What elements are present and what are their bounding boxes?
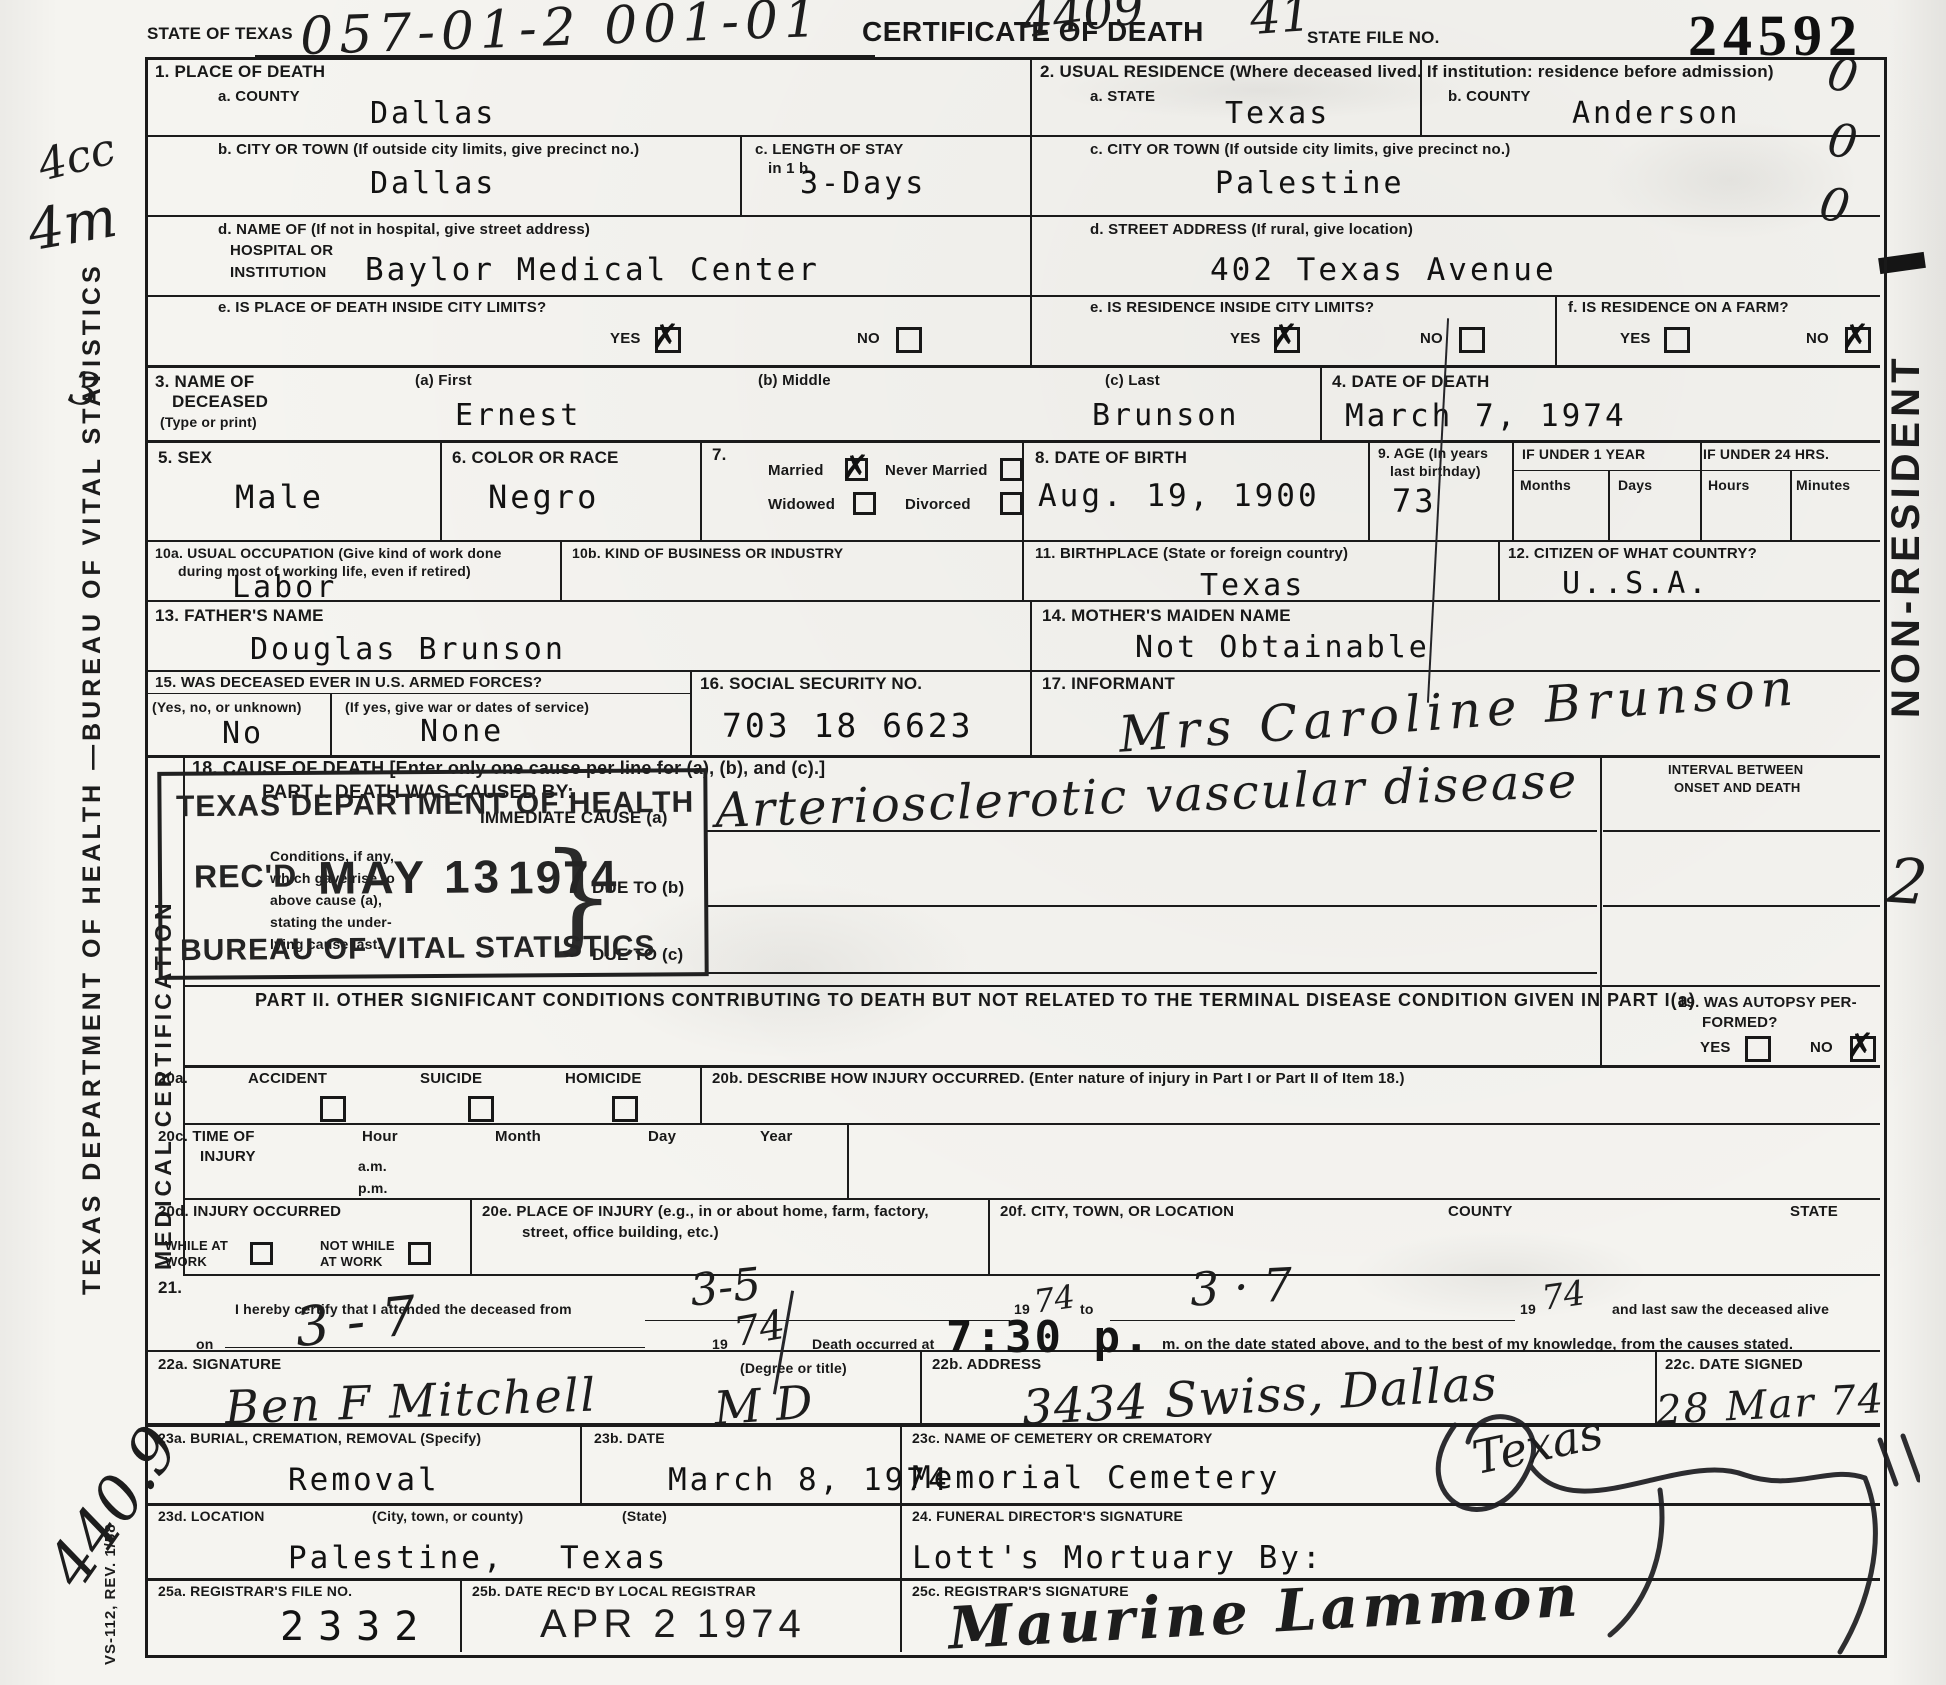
first-name-value: Ernest: [455, 398, 581, 433]
time-of-injury-label2: INJURY: [200, 1148, 256, 1165]
autopsy-no-checkbox: ✗: [1850, 1036, 1876, 1062]
death-limits-no-checkbox: [896, 327, 922, 353]
ssn-value: 703 18 6623: [722, 706, 974, 745]
first-name-label: (a) First: [415, 372, 472, 389]
burial-location-label: 23d. LOCATION: [158, 1508, 265, 1524]
rule: [1608, 470, 1610, 540]
funeral-home-value: Lott's Mortuary By:: [912, 1540, 1324, 1576]
scan-smudge: [1050, 60, 1470, 120]
marital-label: 7.: [712, 445, 727, 465]
death-limits-yes-checkbox: ✗: [655, 327, 681, 353]
state-file-no-label: STATE FILE NO.: [1307, 28, 1440, 48]
age-label2: last birthday): [1390, 463, 1481, 479]
age-value: 73: [1392, 482, 1437, 520]
burial-city-value: Palestine,: [288, 1540, 505, 1576]
rule: [988, 1198, 990, 1274]
interval-label1: INTERVAL BETWEEN: [1668, 762, 1803, 777]
degree-or-title-label: (Degree or title): [740, 1360, 847, 1376]
non-resident-stamp: NON-RESIDENT: [1884, 278, 1929, 719]
place-of-injury-label1: 20e. PLACE OF INJURY (e.g., in or about …: [482, 1203, 929, 1220]
burial-location-sub1: (City, town, or county): [372, 1508, 523, 1524]
under-1-year-label: IF UNDER 1 YEAR: [1522, 446, 1645, 462]
business-label: 10b. KIND OF BUSINESS OR INDUSTRY: [572, 545, 843, 561]
under-24-hrs-label: IF UNDER 24 HRS.: [1703, 446, 1829, 462]
last-saw-date-handwriting: 3 - 7: [292, 1284, 419, 1359]
autopsy-label1: 19. WAS AUTOPSY PER-: [1678, 994, 1857, 1011]
section3-title1: 3. NAME OF: [155, 372, 254, 392]
burial-state-value: Texas: [560, 1540, 668, 1576]
rule: [920, 1350, 922, 1423]
rule: [560, 540, 562, 600]
rule: [900, 1423, 902, 1652]
homicide-checkbox: [612, 1096, 638, 1122]
hospital-label1: d. NAME OF (If not in hospital, give str…: [218, 221, 590, 238]
race-label: 6. COLOR OR RACE: [452, 448, 619, 468]
funeral-director-label: 24. FUNERAL DIRECTOR'S SIGNATURE: [912, 1508, 1183, 1524]
residence-city-value: Palestine: [1215, 166, 1405, 201]
county-label: a. COUNTY: [218, 88, 300, 105]
last-name-label: (c) Last: [1105, 372, 1160, 389]
dob-label: 8. DATE OF BIRTH: [1035, 448, 1187, 468]
hospital-value: Baylor Medical Center: [365, 252, 820, 288]
rule: [183, 1065, 1880, 1068]
occupation-value: Labor: [232, 570, 337, 605]
rule: [700, 1065, 702, 1123]
birthplace-label: 11. BIRTHPLACE (State or foreign country…: [1035, 545, 1348, 562]
residence-limits-yes-label: YES: [1230, 330, 1261, 347]
received-stamp-line1: TEXAS DEPARTMENT OF HEALTH: [176, 786, 694, 825]
interval-line-b: [1603, 905, 1880, 907]
minutes-label: Minutes: [1796, 477, 1850, 493]
rule: [440, 440, 442, 540]
suicide-checkbox: [468, 1096, 494, 1122]
death-limits-yes-label: YES: [610, 330, 641, 347]
widowed-checkbox: [853, 492, 876, 515]
registrar-file-value: 2332: [280, 1604, 432, 1650]
never-married-checkbox: [1000, 458, 1023, 481]
rule: [1555, 295, 1557, 365]
accident-checkbox: [320, 1096, 346, 1122]
street-address-label: d. STREET ADDRESS (If rural, give locati…: [1090, 221, 1413, 238]
suicide-label: SUICIDE: [420, 1070, 482, 1087]
burial-date-value: March 8, 1974: [668, 1462, 950, 1498]
sex-value: Male: [235, 478, 324, 516]
physician-signature-label: 22a. SIGNATURE: [158, 1356, 281, 1373]
registrar-date-stamp: APR 2 1974: [540, 1602, 806, 1647]
rule: [1030, 600, 1032, 670]
mother-name-value: Not Obtainable: [1135, 630, 1430, 665]
am-label: a.m.: [358, 1158, 387, 1174]
rule: [330, 693, 332, 755]
rule: [1368, 440, 1370, 540]
rule: [740, 135, 742, 215]
degree-handwriting: M D: [712, 1375, 814, 1436]
burial-type-value: Removal: [288, 1462, 440, 1498]
occupation-label1: 10a. USUAL OCCUPATION (Give kind of work…: [155, 545, 502, 561]
farm-no-label: NO: [1806, 330, 1829, 347]
married-label: Married: [768, 462, 824, 479]
cemetery-value: Memorial Cemetery: [912, 1460, 1280, 1496]
days-label: Days: [1618, 477, 1652, 493]
rule: [183, 1198, 1880, 1200]
section3-title3: (Type or print): [160, 414, 257, 430]
rule: [148, 540, 1880, 542]
farm-label: f. IS RESIDENCE ON A FARM?: [1568, 299, 1789, 316]
autopsy-no-label: NO: [1810, 1039, 1833, 1056]
autopsy-yes-label: YES: [1700, 1039, 1731, 1056]
time-of-injury-label1: 20c. TIME OF: [158, 1128, 255, 1145]
handwritten-top-number-2: 41: [1248, 0, 1313, 46]
hospital-label2: HOSPITAL OR: [230, 242, 333, 259]
middle-name-label: (b) Middle: [758, 372, 831, 389]
length-of-stay-value: 3-Days: [800, 166, 926, 201]
day-label: Day: [648, 1128, 676, 1145]
certify-19-c: 19: [712, 1336, 728, 1352]
date-signed-label: 22c. DATE SIGNED: [1665, 1356, 1803, 1373]
armed-forces-label: 15. WAS DECEASED EVER IN U.S. ARMED FORC…: [155, 674, 542, 691]
widowed-label: Widowed: [768, 496, 835, 513]
death-city-label: b. CITY OR TOWN (If outside city limits,…: [218, 141, 639, 158]
farm-yes-checkbox: [1664, 327, 1690, 353]
injury-county-label: COUNTY: [1448, 1203, 1513, 1220]
rule: [700, 440, 702, 540]
months-label: Months: [1520, 477, 1571, 493]
rule: [1512, 440, 1514, 540]
not-while-at-work-checkbox: [408, 1242, 431, 1265]
section1-title: 1. PLACE OF DEATH: [155, 62, 325, 82]
rule: [1320, 365, 1322, 440]
injury-state-label: STATE: [1790, 1203, 1838, 1220]
injury-occurred-label: 20d. INJURY OCCURRED: [158, 1203, 341, 1220]
hours-label: Hours: [1708, 477, 1749, 493]
mother-name-label: 14. MOTHER'S MAIDEN NAME: [1042, 606, 1291, 626]
hospital-label3: INSTITUTION: [230, 264, 326, 281]
birthplace-value: Texas: [1200, 568, 1305, 603]
while-at-work-label2: WORK: [165, 1254, 207, 1269]
last-name-value: Brunson: [1092, 398, 1239, 433]
burial-date-label: 23b. DATE: [594, 1430, 665, 1446]
rule: [1600, 755, 1602, 1065]
hour-label: Hour: [362, 1128, 398, 1145]
received-stamp-line3: BUREAU OF VITAL STATISTICS: [180, 930, 656, 968]
autopsy-yes-checkbox: [1745, 1036, 1771, 1062]
armed-forces-sub2: (If yes, give war or dates of service): [345, 699, 589, 715]
death-year-handwriting: 74: [730, 1302, 788, 1356]
scan-smudge: [1350, 1230, 1650, 1320]
rule: [847, 1123, 849, 1198]
citizen-value: U..S.A.: [1562, 566, 1709, 601]
registrar-file-label: 25a. REGISTRAR'S FILE NO.: [158, 1583, 352, 1599]
death-occurred-label: Death occurred at: [812, 1336, 934, 1352]
scan-smudge: [1600, 120, 1860, 240]
month-label: Month: [495, 1128, 541, 1145]
rule: [183, 985, 1880, 987]
rule: [1030, 57, 1032, 365]
residence-limits-label: e. IS RESIDENCE INSIDE CITY LIMITS?: [1090, 299, 1374, 316]
sex-label: 5. SEX: [158, 448, 212, 468]
divorced-label: Divorced: [905, 496, 971, 513]
handwritten-2-right-margin: 2: [1886, 844, 1930, 920]
armed-forces-value2: None: [420, 714, 504, 749]
length-of-stay-label: c. LENGTH OF STAY: [755, 141, 903, 158]
state-of-texas-label: STATE OF TEXAS: [147, 24, 293, 44]
armed-forces-sub1: (Yes, no, or unknown): [152, 699, 302, 715]
rule: [690, 670, 692, 755]
divorced-checkbox: [1000, 492, 1023, 515]
ssn-label: 16. SOCIAL SECURITY NO.: [700, 674, 922, 694]
attended-to-handwriting: 3 · 7: [1189, 1257, 1294, 1316]
citizen-label: 12. CITIZEN OF WHAT COUNTRY?: [1508, 545, 1757, 562]
injury-city-label: 20f. CITY, TOWN, OR LOCATION: [1000, 1203, 1234, 1220]
rule: [580, 1423, 582, 1503]
death-limits-no-label: NO: [857, 330, 880, 347]
informant-label: 17. INFORMANT: [1042, 674, 1175, 694]
street-address-value: 402 Texas Avenue: [1210, 252, 1557, 288]
farm-no-checkbox: ✗: [1845, 327, 1871, 353]
rule: [1498, 540, 1500, 600]
date-of-death-label: 4. DATE OF DEATH: [1332, 372, 1489, 392]
rule: [460, 1578, 462, 1652]
death-county-value: Dallas: [370, 96, 496, 131]
homicide-label: HOMICIDE: [565, 1070, 642, 1087]
farm-yes-label: YES: [1620, 330, 1651, 347]
year-label: Year: [760, 1128, 793, 1145]
rule: [148, 295, 1880, 297]
burial-location-sub2: (State): [622, 1508, 667, 1524]
received-stamp-recd: REC'D: [194, 858, 298, 896]
residence-limits-no-label: NO: [1420, 330, 1443, 347]
injury-a-label: 20a.: [158, 1070, 188, 1087]
not-while-label2: AT WORK: [320, 1254, 383, 1269]
residence-limits-yes-checkbox: ✗: [1274, 327, 1300, 353]
rule: [1790, 470, 1792, 540]
physician-address-label: 22b. ADDRESS: [932, 1356, 1041, 1373]
while-at-work-label1: WHILE AT: [165, 1238, 228, 1253]
cause-line-a: [705, 830, 1597, 832]
residence-limits-no-checkbox: [1459, 327, 1485, 353]
interval-line-a: [1603, 830, 1880, 832]
rule: [1030, 670, 1032, 755]
rule: [183, 1123, 1880, 1125]
rule: [470, 1198, 472, 1274]
rule: [1700, 440, 1702, 540]
certify-number: 21.: [158, 1278, 182, 1298]
certify-blank-line3: [225, 1347, 645, 1348]
certify-text3: m. on the date stated above, and to the …: [1162, 1336, 1793, 1353]
dob-value: Aug. 19, 1900: [1038, 478, 1320, 514]
race-value: Negro: [488, 478, 599, 516]
married-checkbox: ✗: [845, 458, 868, 481]
section3-title2: DECEASED: [172, 392, 268, 412]
pm-label: p.m.: [358, 1180, 388, 1196]
interval-label2: ONSET AND DEATH: [1674, 780, 1801, 795]
certify-on-word: on: [196, 1336, 214, 1352]
death-city-limits-label: e. IS PLACE OF DEATH INSIDE CITY LIMITS?: [218, 299, 546, 316]
rule: [148, 365, 1880, 368]
injury-b-label: 20b. DESCRIBE HOW INJURY OCCURRED. (Ente…: [712, 1070, 1405, 1087]
received-stamp-date1: MAY 13: [318, 849, 504, 905]
while-at-work-checkbox: [250, 1242, 273, 1265]
father-name-value: Douglas Brunson: [250, 632, 566, 667]
rule: [148, 693, 690, 694]
rule: [148, 440, 1880, 443]
burial-type-label: 23a. BURIAL, CREMATION, REMOVAL (Specify…: [158, 1430, 481, 1446]
father-name-label: 13. FATHER'S NAME: [155, 606, 324, 626]
registrar-date-label: 25b. DATE REC'D BY LOCAL REGISTRAR: [472, 1583, 756, 1599]
death-certificate-scan: STATE OF TEXAS 057-01-2 001-01 CERTIFICA…: [0, 0, 1946, 1685]
not-while-label1: NOT WHILE: [320, 1238, 395, 1253]
death-city-value: Dallas: [370, 166, 496, 201]
autopsy-label2: FORMED?: [1702, 1014, 1778, 1031]
armed-forces-value1: No: [222, 716, 264, 751]
rule: [1022, 540, 1024, 600]
date-of-death-value: March 7, 1974: [1345, 398, 1627, 434]
scan-smudge: [600, 880, 980, 1060]
rule: [1022, 440, 1024, 540]
cemetery-label: 23c. NAME OF CEMETERY OR CREMATORY: [912, 1430, 1213, 1446]
never-married-label: Never Married: [885, 462, 988, 479]
accident-label: ACCIDENT: [248, 1070, 327, 1087]
residence-city-label: c. CITY OR TOWN (If outside city limits,…: [1090, 141, 1510, 158]
handwritten-4cc: 4cc: [33, 123, 120, 191]
age-label1: 9. AGE (In years: [1378, 445, 1488, 461]
place-of-injury-label2: street, office building, etc.): [522, 1224, 719, 1241]
rule: [1512, 470, 1880, 471]
certify-blank-line2: [1110, 1320, 1515, 1321]
